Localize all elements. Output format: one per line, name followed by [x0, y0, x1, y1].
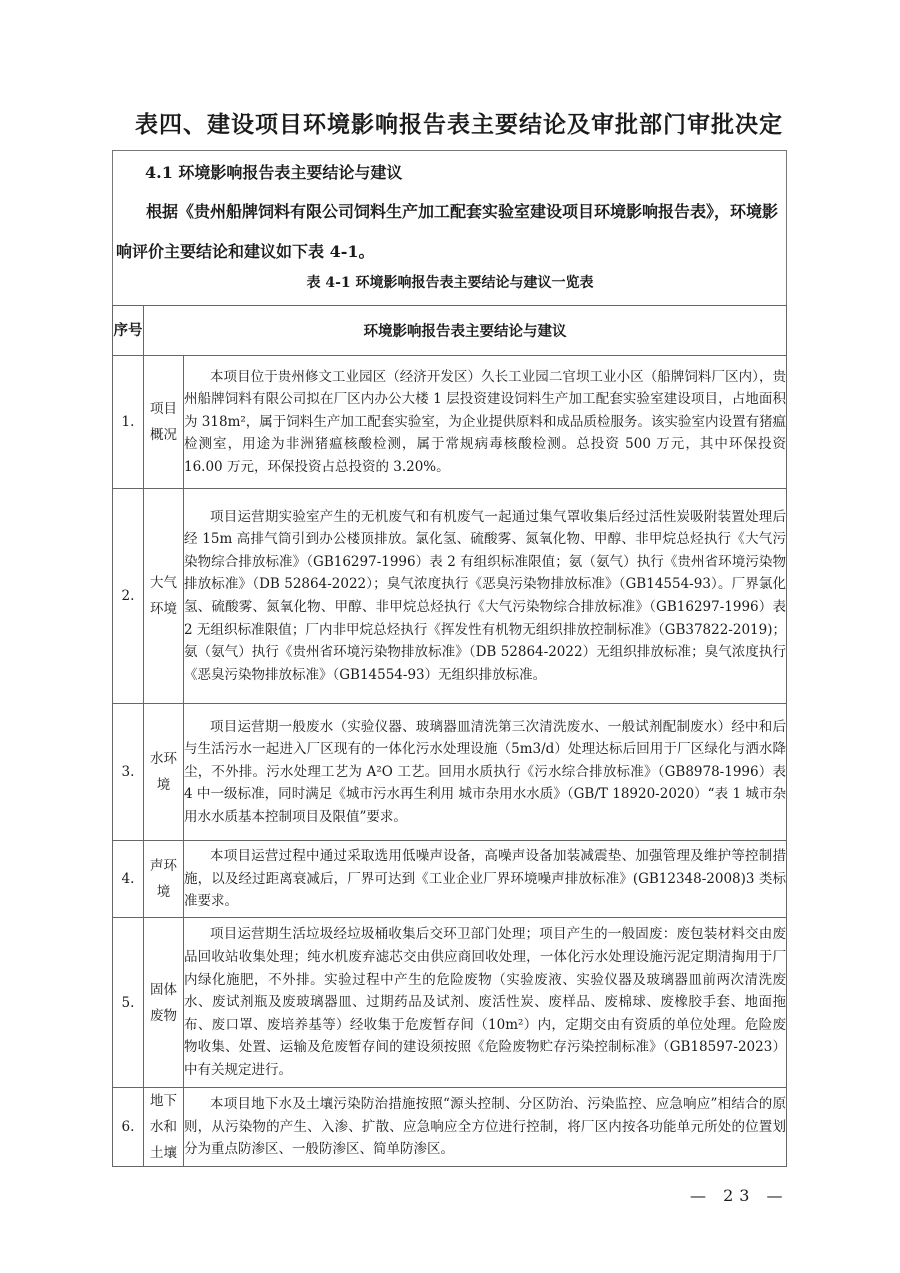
row-category: 地下水和土壤: [144, 1088, 184, 1167]
row-text: 项目运营期生活垃圾经垃圾桶收集后交环卫部门处理；项目产生的一般固废：废包装材料交…: [184, 918, 787, 1088]
header-content: 环境影响报告表主要结论与建议: [144, 306, 787, 356]
row-seq: 4.: [113, 841, 144, 918]
row-text: 本项目位于贵州修文工业园区（经济开发区）久长工业园二官坝工业小区（船牌饲料厂区内…: [184, 356, 787, 489]
row-seq: 1.: [113, 356, 144, 489]
page-number: — 23 —: [690, 1186, 789, 1205]
row-seq: 5.: [113, 918, 144, 1088]
row-category: 项目概况: [144, 356, 184, 489]
row-category: 声环境: [144, 841, 184, 918]
table-header-row: 序号 环境影响报告表主要结论与建议: [113, 306, 787, 356]
table-caption: 表 4-1 环境影响报告表主要结论与建议一览表: [0, 272, 900, 292]
row-text: 本项目地下水及土壤污染防治措施按照“源头控制、分区防治、污染监控、应急响应”相结…: [184, 1088, 787, 1167]
row-text: 项目运营期一般废水（实验仪器、玻璃器皿清洗第三次清洗废水、一般试剂配制废水）经中…: [184, 704, 787, 841]
row-category: 水环境: [144, 704, 184, 841]
table-row: 4. 声环境 本项目运营过程中通过采取选用低噪声设备，高噪声设备加装减震垫、加强…: [113, 841, 787, 918]
row-text: 项目运营期实验室产生的无机废气和有机废气一起通过集气罩收集后经过活性炭吸附装置处…: [184, 489, 787, 704]
row-category: 固体废物: [144, 918, 184, 1088]
section-intro: 根据《贵州船牌饲料有限公司饲料生产加工配套实验室建设项目环境影响报告表》，环境影…: [112, 192, 787, 272]
row-seq: 6.: [113, 1088, 144, 1167]
section-heading: 4.1 环境影响报告表主要结论与建议: [145, 160, 402, 183]
table-row: 5. 固体废物 项目运营期生活垃圾经垃圾桶收集后交环卫部门处理；项目产生的一般固…: [113, 918, 787, 1088]
page-title: 表四、建设项目环境影响报告表主要结论及审批部门审批决定: [135, 106, 783, 139]
row-seq: 3.: [113, 704, 144, 841]
row-seq: 2.: [113, 489, 144, 704]
table-row: 1. 项目概况 本项目位于贵州修文工业园区（经济开发区）久长工业园二官坝工业小区…: [113, 356, 787, 489]
row-category: 大气环境: [144, 489, 184, 704]
header-seq: 序号: [113, 306, 144, 356]
conclusions-table: 序号 环境影响报告表主要结论与建议 1. 项目概况 本项目位于贵州修文工业园区（…: [112, 305, 787, 1167]
table-row: 3. 水环境 项目运营期一般废水（实验仪器、玻璃器皿清洗第三次清洗废水、一般试剂…: [113, 704, 787, 841]
row-text: 本项目运营过程中通过采取选用低噪声设备，高噪声设备加装减震垫、加强管理及维护等控…: [184, 841, 787, 918]
table-row: 6. 地下水和土壤 本项目地下水及土壤污染防治措施按照“源头控制、分区防治、污染…: [113, 1088, 787, 1167]
table-row: 2. 大气环境 项目运营期实验室产生的无机废气和有机废气一起通过集气罩收集后经过…: [113, 489, 787, 704]
